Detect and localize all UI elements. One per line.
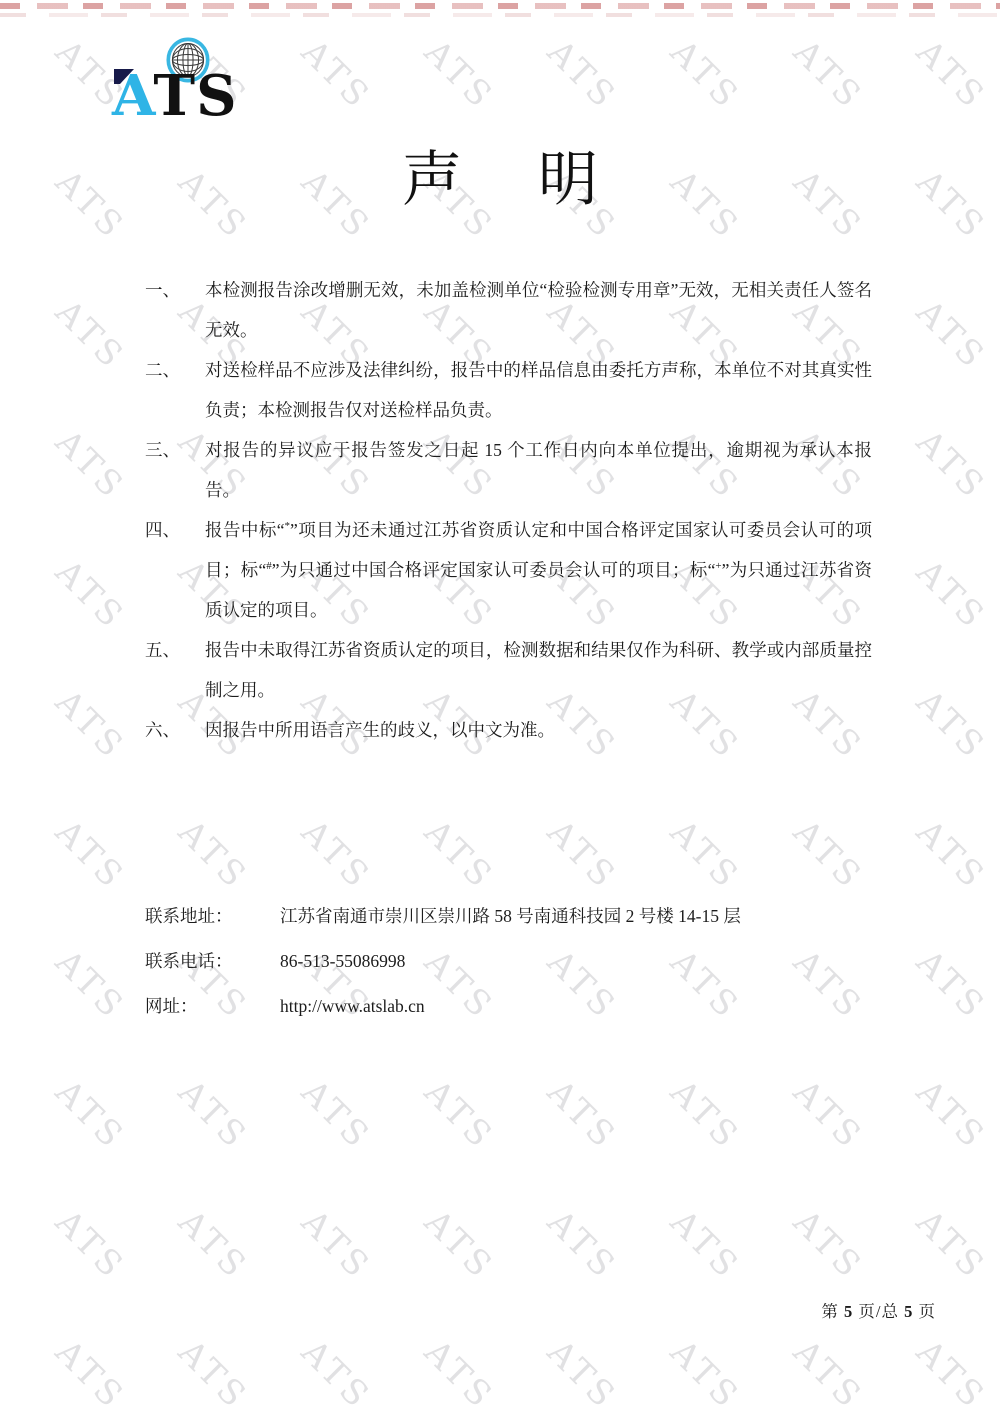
statement-text: 报告中未取得江苏省资质认定的项目，检测数据和结果仅作为科研、教学或内部质量控制之… [205, 630, 872, 710]
text-run: 报告中未取得江苏省资质认定的项目，检测数据和结果仅作为科研、教学或内部质量控制之… [205, 640, 872, 700]
statement-item-4: 四、报告中标“*”项目为还未通过江苏省资质认定和中国合格评定国家认可委员会认可的… [145, 510, 872, 630]
statement-number: 三、 [145, 430, 205, 470]
page-title: 声 明 [0, 132, 1000, 218]
text-run: ”为只通过中国合格评定国家认可委员会认可的项目；标“ [272, 560, 716, 580]
contact-website-label: 网址： [145, 984, 280, 1029]
contact-row-website: 网址： http://www.atslab.cn [145, 984, 741, 1029]
statement-text: 对报告的异议应于报告签发之日起 15 个工作日内向本单位提出，逾期视为承认本报告… [205, 430, 872, 510]
contact-address-label: 联系地址： [145, 894, 280, 939]
contact-row-address: 联系地址： 江苏省南通市崇川区崇川路 58 号南通科技园 2 号楼 14-15 … [145, 894, 741, 939]
text-run: 报告中标“ [205, 520, 285, 540]
statement-number: 二、 [145, 350, 205, 390]
logo-wordmark: ATS [112, 68, 238, 124]
statement-text: 本检测报告涂改增删无效，未加盖检测单位“检验检测专用章”无效，无相关责任人签名无… [205, 270, 872, 350]
statement-text: 因报告中所用语言产生的歧义，以中文为准。 [205, 710, 872, 750]
text-run: 页 [913, 1302, 936, 1321]
text-run: 第 [821, 1302, 844, 1321]
text-run: 5 [844, 1302, 853, 1321]
text-run: 因报告中所用语言产生的歧义，以中文为准。 [205, 720, 555, 740]
contact-address-value: 江苏省南通市崇川区崇川路 58 号南通科技园 2 号楼 14-15 层 [280, 894, 741, 939]
text-run: 对送检样品不应涉及法律纠纷，报告中的样品信息由委托方声称，本单位不对其真实性负责… [205, 360, 872, 420]
statement-number: 四、 [145, 510, 205, 550]
logo-letters-ts: TS [153, 63, 237, 129]
contact-phone-value: 86-513-55086998 [280, 939, 405, 984]
statement-list: 一、本检测报告涂改增删无效，未加盖检测单位“检验检测专用章”无效，无相关责任人签… [145, 270, 872, 750]
contact-website-value: http://www.atslab.cn [280, 984, 425, 1029]
statement-item-3: 三、对报告的异议应于报告签发之日起 15 个工作日内向本单位提出，逾期视为承认本… [145, 430, 872, 510]
page-content: ATS 声 明 一、本检测报告涂改增删无效，未加盖检测单位“检验检测专用章”无效… [0, 0, 1000, 1414]
contact-row-phone: 联系电话： 86-513-55086998 [145, 939, 741, 984]
contact-phone-label: 联系电话： [145, 939, 280, 984]
statement-text: 对送检样品不应涉及法律纠纷，报告中的样品信息由委托方声称，本单位不对其真实性负责… [205, 350, 872, 430]
contact-block: 联系地址： 江苏省南通市崇川区崇川路 58 号南通科技园 2 号楼 14-15 … [145, 894, 741, 1029]
statement-item-6: 六、因报告中所用语言产生的歧义，以中文为准。 [145, 710, 872, 750]
statement-text: 报告中标“*”项目为还未通过江苏省资质认定和中国合格评定国家认可委员会认可的项目… [205, 510, 872, 630]
statement-item-5: 五、报告中未取得江苏省资质认定的项目，检测数据和结果仅作为科研、教学或内部质量控… [145, 630, 872, 710]
page-number: 第 5 页/总 5 页 [821, 1298, 936, 1326]
statement-item-1: 一、本检测报告涂改增删无效，未加盖检测单位“检验检测专用章”无效，无相关责任人签… [145, 270, 872, 350]
title-char-1: 声 [402, 132, 462, 218]
ats-logo: ATS [112, 36, 282, 132]
text-run: 对报告的异议应于报告签发之日起 15 个工作日内向本单位提出，逾期视为承认本报告… [205, 440, 872, 500]
document-page: ATSATSATSATSATSATSATSATSATSATSATSATSATSA… [0, 0, 1000, 1414]
title-char-2: 明 [538, 132, 598, 218]
statement-number: 六、 [145, 710, 205, 750]
statement-number: 五、 [145, 630, 205, 670]
text-run: 页/总 [853, 1302, 904, 1321]
statement-item-2: 二、对送检样品不应涉及法律纠纷，报告中的样品信息由委托方声称，本单位不对其真实性… [145, 350, 872, 430]
text-run: 本检测报告涂改增删无效，未加盖检测单位“检验检测专用章”无效，无相关责任人签名无… [205, 280, 872, 340]
statement-number: 一、 [145, 270, 205, 310]
text-run: 5 [904, 1302, 913, 1321]
